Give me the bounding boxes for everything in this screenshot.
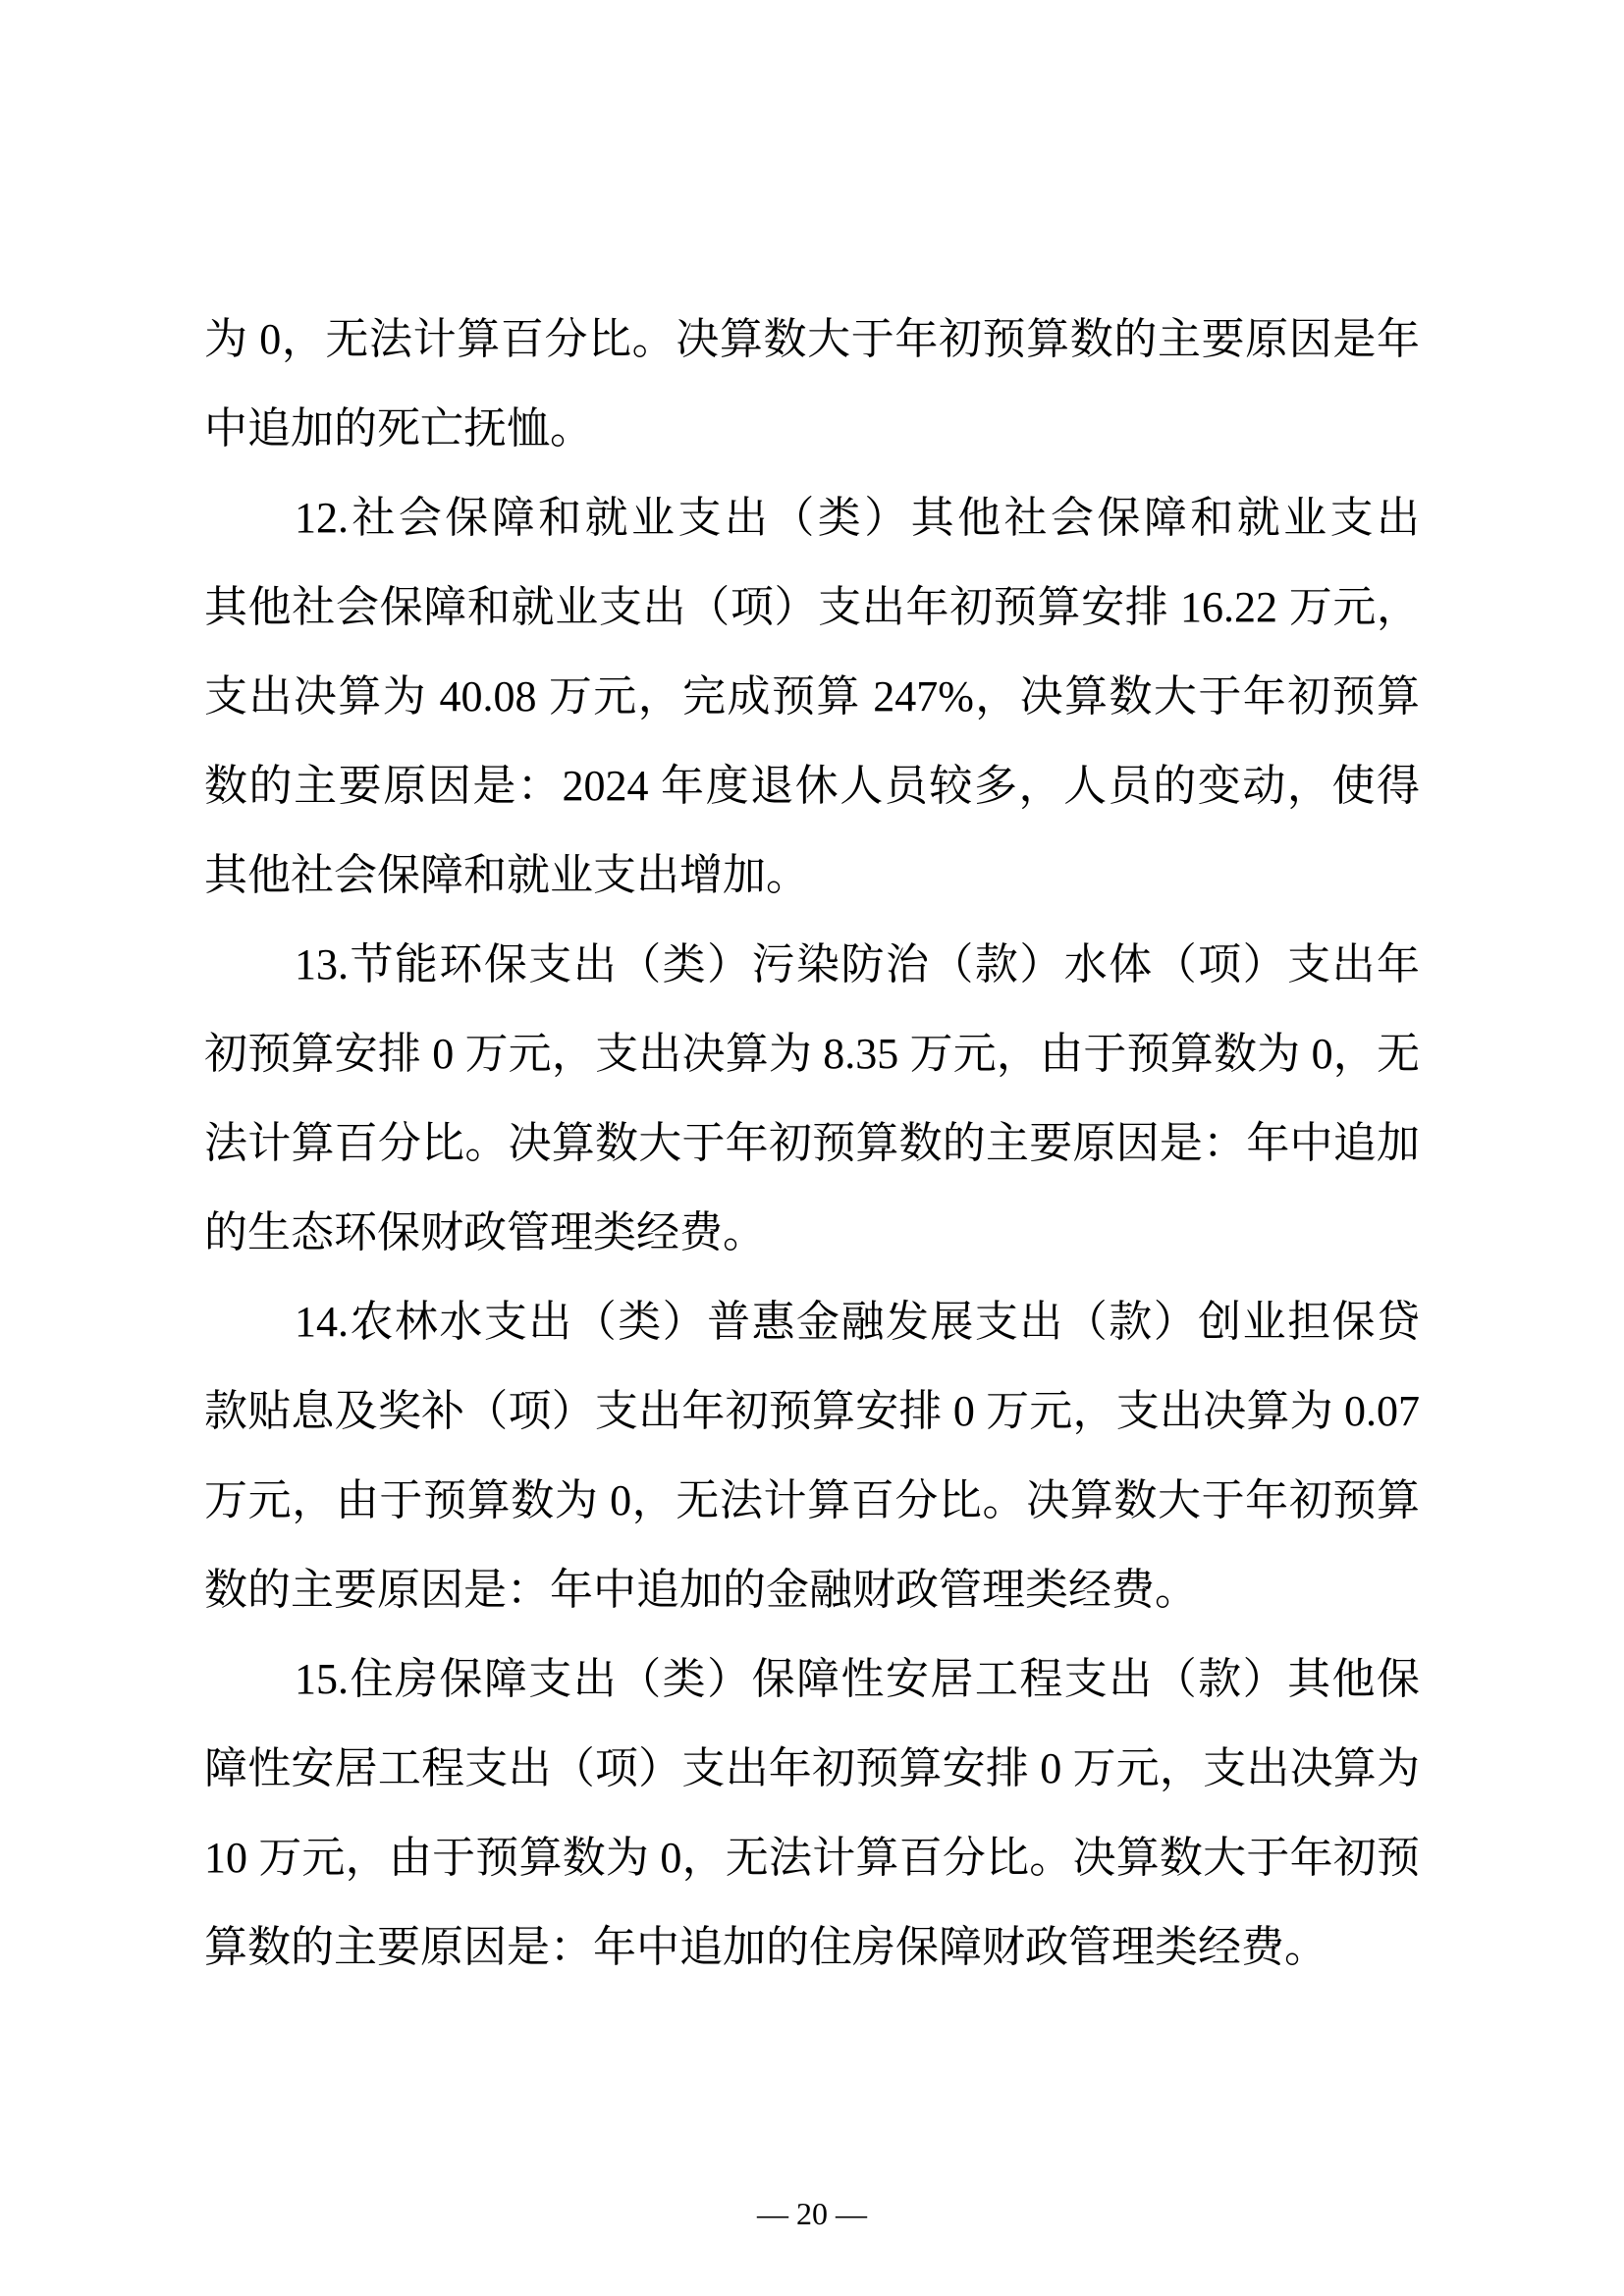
para-item-15-line-4: 算数的主要原因是：年中追加的住房保障财政管理类经费。 xyxy=(204,1902,1420,1992)
para-continuation-line-2: 中追加的死亡抚恤。 xyxy=(204,384,1420,473)
para-item-13-line-1: 13.节能环保支出（类）污染防治（款）水体（项）支出年 xyxy=(204,920,1420,1009)
para-item-15-line-3: 10 万元，由于预算数为 0，无法计算百分比。决算数大于年初预 xyxy=(204,1813,1420,1902)
para-item-14-line-1: 14.农林水支出（类）普惠金融发展支出（款）创业担保贷 xyxy=(204,1277,1420,1366)
para-item-14-line-2: 款贴息及奖补（项）支出年初预算安排 0 万元，支出决算为 0.07 xyxy=(204,1366,1420,1456)
document-page: 为 0，无法计算百分比。决算数大于年初预算数的主要原因是年中追加的死亡抚恤。12… xyxy=(0,0,1624,2296)
para-item-12-line-1: 12.社会保障和就业支出（类）其他社会保障和就业支出（款） xyxy=(204,473,1420,562)
body-text: 为 0，无法计算百分比。决算数大于年初预算数的主要原因是年中追加的死亡抚恤。12… xyxy=(204,294,1420,1992)
para-item-13-line-4: 的生态环保财政管理类经费。 xyxy=(204,1188,1420,1277)
para-continuation-line-1: 为 0，无法计算百分比。决算数大于年初预算数的主要原因是年 xyxy=(204,294,1420,384)
para-item-13-line-2: 初预算安排 0 万元，支出决算为 8.35 万元，由于预算数为 0，无 xyxy=(204,1009,1420,1098)
para-item-14-line-3: 万元，由于预算数为 0，无法计算百分比。决算数大于年初预算 xyxy=(204,1456,1420,1545)
para-item-15-line-2: 障性安居工程支出（项）支出年初预算安排 0 万元，支出决算为 xyxy=(204,1724,1420,1813)
para-item-12-line-2: 其他社会保障和就业支出（项）支出年初预算安排 16.22 万元， xyxy=(204,562,1420,652)
para-item-12-line-4: 数的主要原因是：2024 年度退休人员较多，人员的变动，使得 xyxy=(204,741,1420,830)
para-item-13-line-3: 法计算百分比。决算数大于年初预算数的主要原因是：年中追加 xyxy=(204,1098,1420,1188)
para-item-12-line-3: 支出决算为 40.08 万元，完成预算 247%，决算数大于年初预算 xyxy=(204,652,1420,741)
page-number: — 20 — xyxy=(757,2196,867,2231)
para-item-14-line-4: 数的主要原因是：年中追加的金融财政管理类经费。 xyxy=(204,1545,1420,1634)
para-item-15-line-1: 15.住房保障支出（类）保障性安居工程支出（款）其他保 xyxy=(204,1634,1420,1724)
para-item-12-line-5: 其他社会保障和就业支出增加。 xyxy=(204,830,1420,920)
page-footer: — 20 — xyxy=(0,2191,1624,2236)
